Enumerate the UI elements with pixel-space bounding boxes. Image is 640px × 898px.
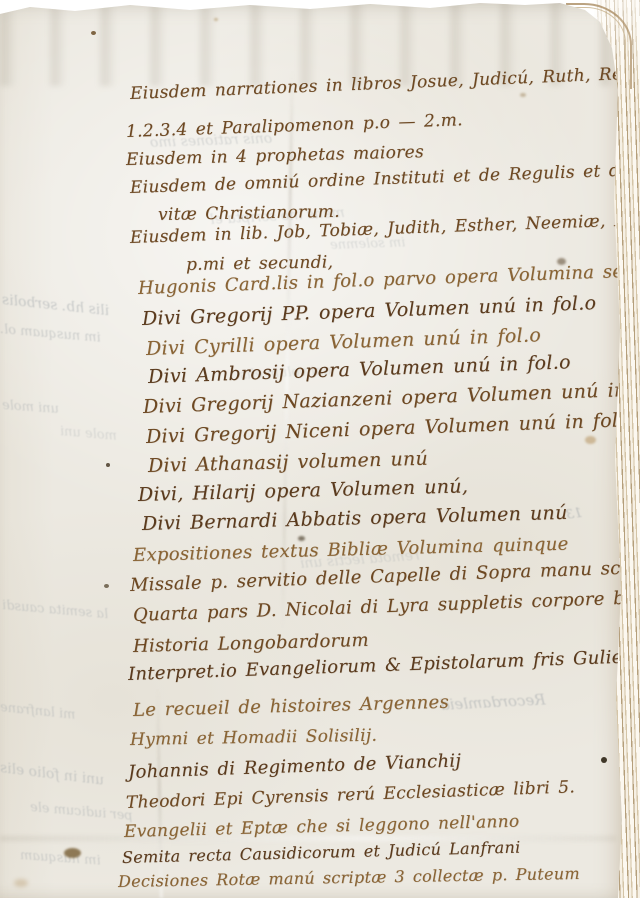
show-through-line: uni in folio elis	[0, 760, 105, 789]
show-through-line: mole uni	[59, 424, 117, 444]
manuscript-line: Le recueil de histoires Argennes	[133, 692, 450, 721]
stain	[14, 879, 28, 887]
stain	[585, 436, 596, 444]
scanned-manuscript-page: ilis hb. serbolisim nusquam ol.uni molem…	[0, 0, 640, 898]
show-through-line: im nusquam	[19, 848, 101, 869]
manuscript-line: Semita recta Causidicorum et Judicú Lanf…	[122, 838, 521, 867]
stain	[557, 258, 566, 265]
manuscript-line: Decisiones Rotæ manú scriptæ 3 collectæ …	[118, 864, 580, 891]
manuscript-line: Divi Bernardi Abbatis opera Volumen unú	[142, 502, 568, 535]
stain	[91, 31, 96, 35]
show-through-line: ilis hb. serbolis	[1, 292, 110, 319]
manuscript-line: Historia Longobardorum	[133, 630, 369, 657]
manuscript-line: Divi, Hilarij opera Volumen unú,	[138, 475, 469, 506]
manuscript-line: Hymni et Homadii Solisilij.	[130, 726, 377, 750]
stain	[214, 18, 218, 21]
manuscript-leaf: ilis hb. serbolisim nusquam ol.uni molem…	[0, 0, 626, 898]
show-through-line: im nusquam ol.	[0, 322, 101, 346]
manuscript-line: Divi Athanasij volumen unú	[148, 448, 429, 477]
stain	[104, 584, 109, 588]
show-through-line: mi lanfrane	[0, 700, 76, 723]
stain	[106, 463, 110, 467]
stain	[520, 93, 526, 97]
manuscript-line: Theodori Epi Cyrensis rerú Ecclesiasticæ…	[126, 777, 576, 813]
show-through-line: Recordamleid	[440, 690, 546, 714]
manuscript-line: Johannis di Regimento de Vianchij	[128, 750, 462, 783]
manuscript-line: 1.2.3.4 et Paralipomenon p.o — 2.m.	[126, 110, 464, 142]
stain	[601, 757, 607, 763]
stain	[298, 536, 305, 541]
show-through-line: la semita causdi	[1, 598, 108, 622]
stain	[64, 848, 81, 858]
show-through-line: uni mole	[1, 398, 59, 417]
show-through-line: per iudicum ele	[29, 800, 133, 824]
